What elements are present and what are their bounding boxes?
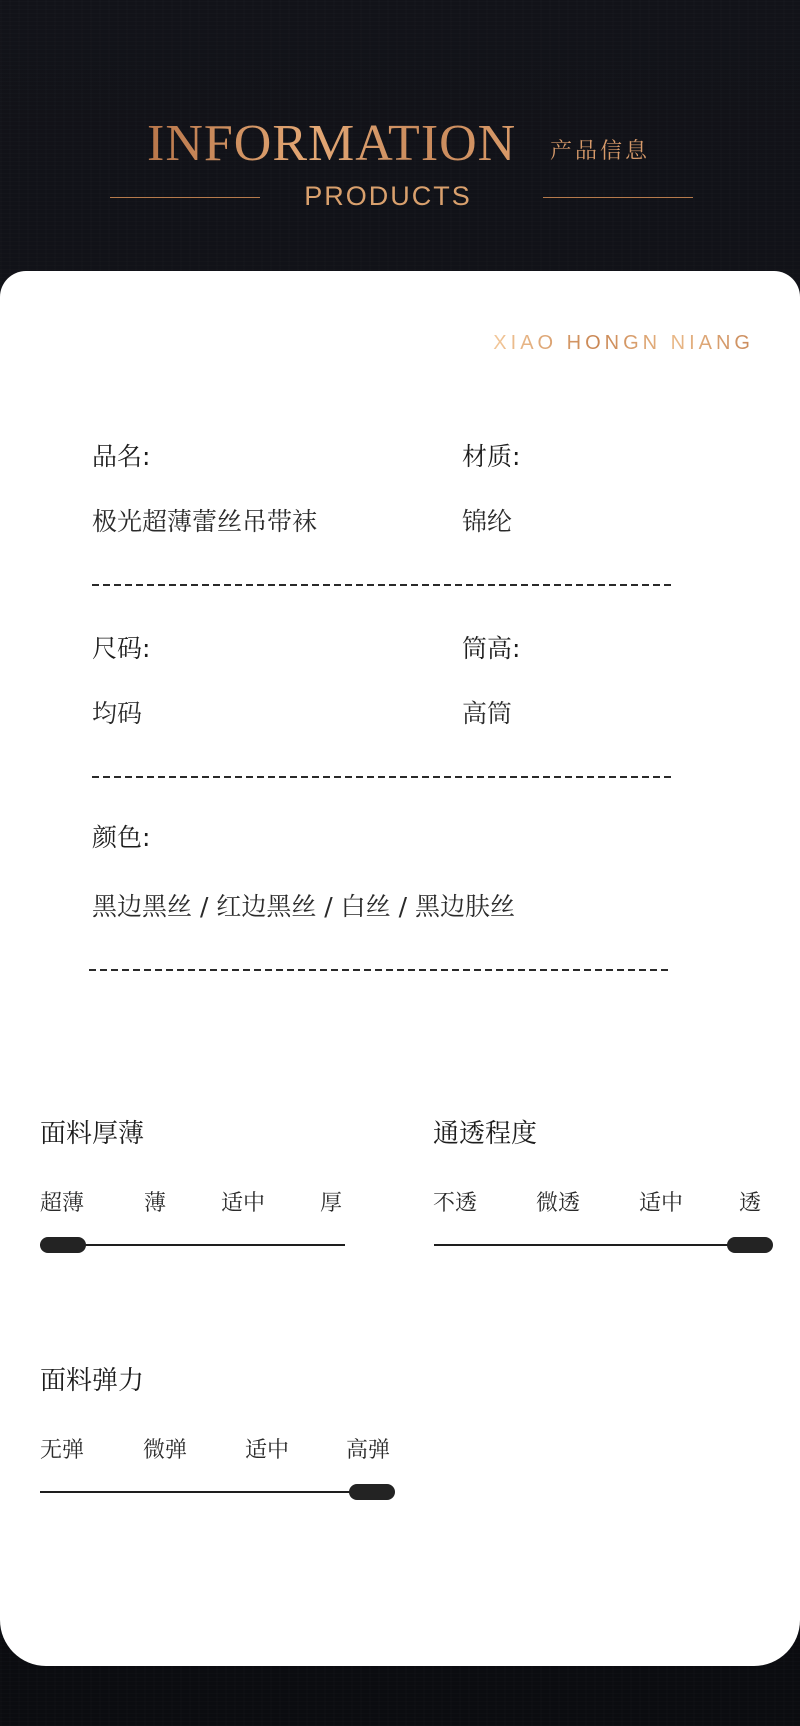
field-label: 筒高: — [462, 636, 520, 661]
brand-name: XIAO HONGN NIANG — [493, 333, 754, 353]
scale-option: 厚 — [320, 1193, 342, 1215]
dashed-divider — [89, 969, 669, 971]
field-label: 材质: — [462, 444, 520, 469]
scale-option: 不透 — [433, 1193, 477, 1215]
scale-track — [40, 1484, 400, 1500]
field-value: 均码 — [92, 701, 150, 726]
scale-track — [40, 1237, 350, 1253]
scale-option: 适中 — [245, 1440, 289, 1462]
header-divider-right — [543, 197, 693, 198]
scale-thickness: 面料厚薄 超薄 薄 适中 厚 — [40, 1121, 350, 1253]
field-tube-height: 筒高: 高筒 — [462, 636, 520, 726]
scale-transparency: 通透程度 不透 微透 适中 透 — [433, 1121, 773, 1253]
field-label: 品名: — [92, 444, 317, 469]
scale-title: 面料弹力 — [40, 1368, 400, 1394]
scale-track — [433, 1237, 773, 1253]
scale-option: 微透 — [536, 1193, 580, 1215]
scale-line — [40, 1491, 352, 1493]
scale-title: 通透程度 — [433, 1121, 773, 1147]
header-title-cn: 产品信息 — [550, 141, 650, 163]
scale-elasticity: 面料弹力 无弹 微弹 适中 高弹 — [40, 1368, 400, 1500]
product-info-card: XIAO HONGN NIANG 品名: 极光超薄蕾丝吊带袜 材质: 锦纶 尺码… — [0, 271, 800, 1666]
dashed-divider — [92, 776, 672, 778]
field-color: 颜色: 黑边黑丝 / 红边黑丝 / 白丝 / 黑边肤丝 — [92, 825, 515, 919]
scale-option: 微弹 — [143, 1440, 187, 1462]
scale-option: 适中 — [221, 1193, 265, 1215]
dashed-divider — [92, 584, 672, 586]
field-value: 高筒 — [462, 701, 520, 726]
field-value: 黑边黑丝 / 红边黑丝 / 白丝 / 黑边肤丝 — [92, 894, 515, 919]
scale-indicator — [727, 1237, 773, 1253]
scale-option: 无弹 — [40, 1440, 84, 1462]
field-material: 材质: 锦纶 — [462, 444, 520, 534]
field-label: 尺码: — [92, 636, 150, 661]
field-value: 极光超薄蕾丝吊带袜 — [92, 509, 317, 534]
field-size: 尺码: 均码 — [92, 636, 150, 726]
field-product-name: 品名: 极光超薄蕾丝吊带袜 — [92, 444, 317, 534]
scale-indicator — [40, 1237, 86, 1253]
scale-option: 超薄 — [40, 1193, 84, 1215]
scale-option: 薄 — [144, 1193, 166, 1215]
scale-title: 面料厚薄 — [40, 1121, 350, 1147]
scale-line — [434, 1244, 739, 1246]
header-banner: INFORMATION 产品信息 PRODUCTS — [0, 0, 800, 271]
scale-indicator — [349, 1484, 395, 1500]
header-title: INFORMATION — [147, 118, 516, 170]
field-value: 锦纶 — [462, 509, 520, 534]
scale-option: 适中 — [639, 1193, 683, 1215]
scale-option: 高弹 — [346, 1440, 390, 1462]
field-label: 颜色: — [92, 825, 515, 850]
scale-option: 透 — [739, 1193, 761, 1215]
